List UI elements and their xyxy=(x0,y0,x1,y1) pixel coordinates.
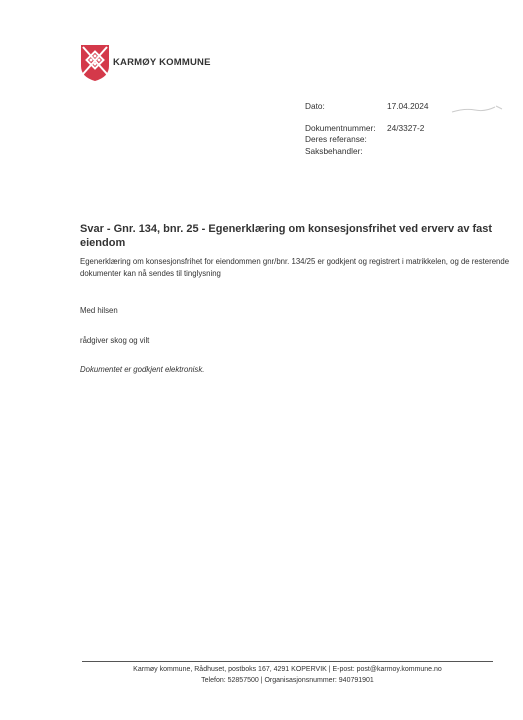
footer-divider xyxy=(82,661,493,662)
organization-name: KARMØY KOMMUNE xyxy=(113,57,211,68)
letter-title: Svar - Gnr. 134, bnr. 25 - Egenerklæring… xyxy=(80,222,500,250)
letter-body: Egenerklæring om konsesjonsfrihet for ei… xyxy=(80,256,510,280)
handler-label: Saksbehandler: xyxy=(305,146,387,158)
coat-of-arms-icon xyxy=(80,44,110,82)
approval-note: Dokumentet er godkjent elektronisk. xyxy=(80,365,204,374)
docnum-label: Dokumentnummer: xyxy=(305,123,387,135)
footer-address: Karmøy kommune, Rådhuset, postboks 167, … xyxy=(82,664,493,675)
document-metadata: Dato:17.04.2024 Dokumentnummer:24/3327-2… xyxy=(305,101,429,157)
docnum-value: 24/3327-2 xyxy=(387,123,424,135)
signature-title: rådgiver skog og vilt xyxy=(80,336,149,345)
date-value: 17.04.2024 xyxy=(387,101,429,113)
date-label: Dato: xyxy=(305,101,387,113)
greeting: Med hilsen xyxy=(80,306,118,315)
signature-mark xyxy=(450,103,505,115)
reference-label: Deres referanse: xyxy=(305,134,387,146)
footer-contact: Telefon: 52857500 | Organisasjonsnummer:… xyxy=(82,675,493,686)
footer: Karmøy kommune, Rådhuset, postboks 167, … xyxy=(82,664,493,686)
